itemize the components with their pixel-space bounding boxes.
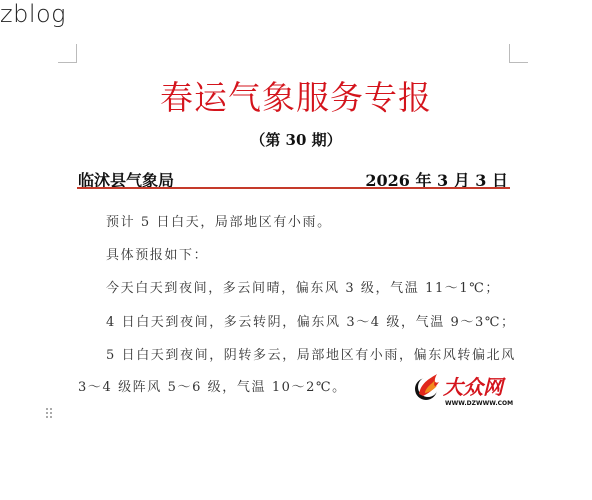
- drag-handle-icon[interactable]: [46, 408, 54, 420]
- svg-text:WWW.DZWWW.COM: WWW.DZWWW.COM: [445, 400, 513, 407]
- page-corner-mark-top-right: [509, 44, 528, 63]
- site-watermark: zblog: [0, 0, 66, 28]
- paragraph-forecast-day5: 5 日白天到夜间，阴转多云，局部地区有小雨，偏东风转偏北风: [106, 344, 516, 363]
- document-title: 春运气象服务专报: [0, 72, 592, 119]
- page-corner-mark-top-left: [58, 44, 77, 63]
- dzwww-logo: 大众网 WWW.DZWWW.COM: [413, 372, 513, 408]
- paragraph-forecast-day5-cont: 3～4 级阵风 5～6 级，气温 10～2℃。: [78, 376, 347, 395]
- header-divider: [77, 187, 510, 189]
- paragraph-summary: 预计 5 日白天，局部地区有小雨。: [106, 211, 332, 230]
- paragraph-forecast-today: 今天白天到夜间，多云间晴，偏东风 3 级，气温 11～1℃；: [106, 277, 500, 296]
- flame-logo-icon: 大众网 WWW.DZWWW.COM: [413, 372, 513, 408]
- paragraph-intro: 具体预报如下：: [106, 244, 208, 263]
- svg-text:大众网: 大众网: [442, 375, 507, 399]
- document-header-row: 临沭县气象局 2026 年 3 月 3 日: [78, 168, 510, 188]
- issue-number: （第 30 期）: [0, 129, 592, 150]
- paragraph-forecast-day4: 4 日白天到夜间，多云转阴，偏东风 3～4 级，气温 9～3℃；: [106, 311, 516, 330]
